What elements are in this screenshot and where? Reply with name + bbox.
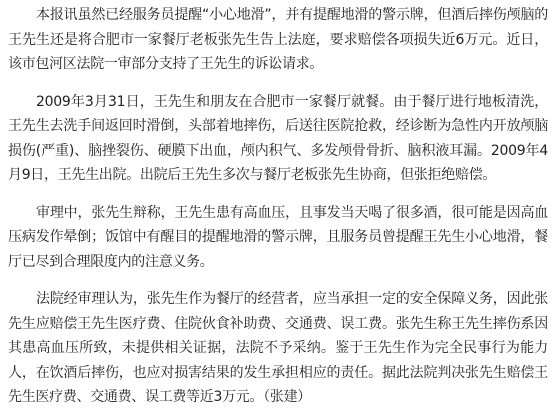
article-paragraph-4: 法院经审理认为，张先生作为餐厅的经营者，应当承担一定的安全保障义务，因此张先生应…: [8, 287, 548, 410]
article-paragraph-1: 本报讯虽然已经服务员提醒“小心地滑”，并有提醒地滑的警示牌，但酒后摔伤颅脑的王先…: [8, 3, 548, 77]
news-article: 本报讯虽然已经服务员提醒“小心地滑”，并有提醒地滑的警示牌，但酒后摔伤颅脑的王先…: [8, 3, 548, 419]
article-paragraph-3: 审理中，张先生辩称，王先生患有高血压，且事发当天喝了很多酒，很可能是因高血压病发…: [8, 201, 548, 275]
article-paragraph-2: 2009年3月31日，王先生和朋友在合肥市一家餐厅就餐。由于餐厅进行地板清洗，王…: [8, 90, 548, 188]
